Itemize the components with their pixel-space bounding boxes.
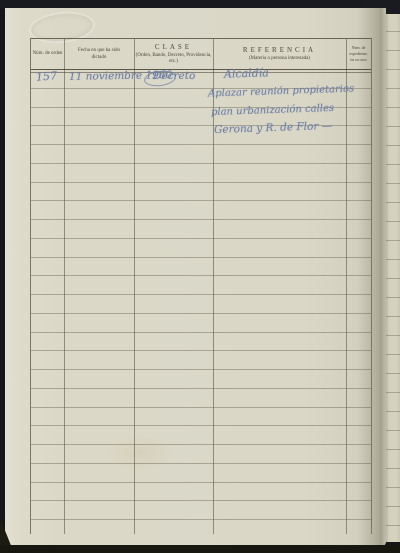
table-row	[31, 183, 371, 202]
ledger-page: Núm. de orden Fecha en que ha sido dicta…	[5, 8, 386, 546]
table-row	[31, 314, 371, 333]
table-row	[31, 295, 371, 314]
table-row	[31, 164, 371, 183]
book-cover-bottom-edge	[0, 545, 400, 553]
table-row	[31, 351, 371, 370]
registry-table: Núm. de orden Fecha en que ha sido dicta…	[30, 38, 372, 534]
entry-number: 157	[36, 69, 58, 83]
scanned-ledger-scene: Núm. de orden Fecha en que ha sido dicta…	[0, 0, 400, 553]
table-row	[31, 483, 371, 502]
header-referencia: REFERENCIA (Materia o persona interesada…	[213, 39, 346, 69]
table-row	[31, 333, 371, 352]
table-row	[31, 389, 371, 408]
table-row	[31, 276, 371, 295]
table-header: Núm. de orden Fecha en que ha sido dicta…	[31, 39, 371, 70]
table-row	[31, 464, 371, 483]
table-rows	[31, 70, 371, 520]
header-clase: CLASE (Orden, Bando, Decreto, Providenci…	[134, 39, 213, 69]
table-row	[31, 239, 371, 258]
table-row	[31, 201, 371, 220]
table-row	[31, 220, 371, 239]
header-num-orden: Núm. de orden	[31, 39, 64, 69]
header-fecha: Fecha en que ha sido dictado	[64, 39, 134, 69]
table-row	[31, 445, 371, 464]
table-row	[31, 370, 371, 389]
header-expediente: Núm. de expediente, en su caso	[346, 39, 371, 69]
entry-referencia-line1: Alcaldía	[224, 66, 269, 81]
table-row	[31, 426, 371, 445]
table-row	[31, 501, 371, 520]
table-row	[31, 258, 371, 277]
table-row	[31, 145, 371, 164]
adjacent-page-edge	[386, 13, 400, 542]
table-row	[31, 408, 371, 427]
entry-clase: Decreto	[153, 70, 195, 82]
